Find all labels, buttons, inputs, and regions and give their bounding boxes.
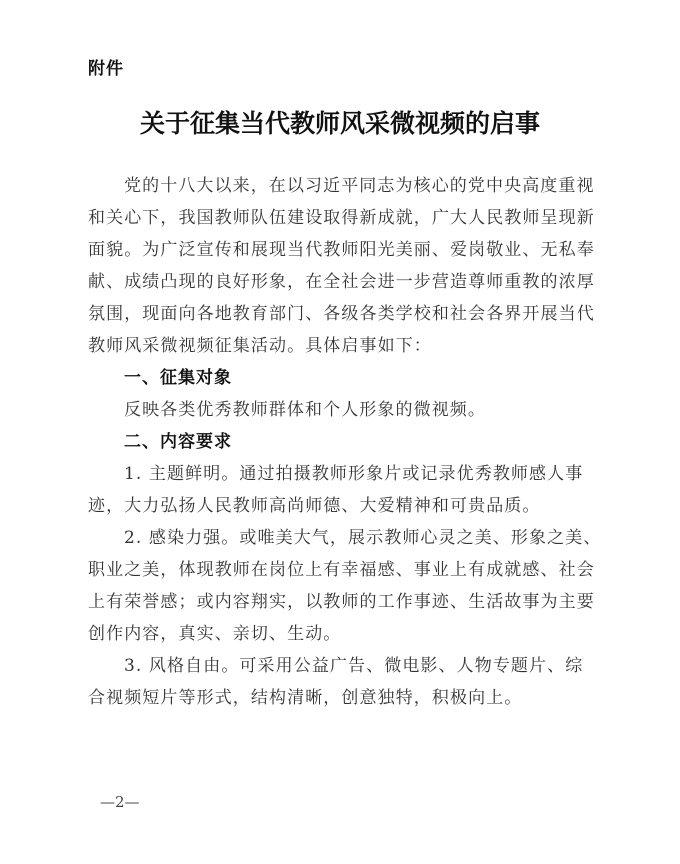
list-item-line: 创作内容，真实、亲切、生动。 [88,618,600,650]
attachment-label: 附件 [88,54,124,79]
list-item-line: 2. 感染力强。或唯美大气，展示教师心灵之美、形象之美、 [88,522,600,554]
section-heading: 二、内容要求 [88,426,600,458]
paragraph-line: 献、成绩凸现的良好形象，在全社会进一步营造尊师重教的浓厚 [88,266,600,298]
section-heading: 一、征集对象 [88,362,600,394]
list-item-line: 职业之美，体现教师在岗位上有幸福感、事业上有成就感、社会 [88,554,600,586]
document-page: 附件 关于征集当代教师风采微视频的启事 党的十八大以来，在以习近平同志为核心的党… [0,0,680,864]
list-item-line: 上有荣誉感；或内容翔实，以教师的工作事迹、生活故事为主要 [88,586,600,618]
paragraph-line: 和关心下，我国教师队伍建设取得新成就，广大人民教师呈现新 [88,202,600,234]
list-item-line: 1. 主题鲜明。通过拍摄教师形象片或记录优秀教师感人事 [88,458,600,490]
paragraph-line: 反映各类优秀教师群体和个人形象的微视频。 [88,394,600,426]
paragraph-line: 面貌。为广泛宣传和展现当代教师阳光美丽、爱岗敬业、无私奉 [88,234,600,266]
document-title: 关于征集当代教师风采微视频的启事 [0,104,680,140]
list-item-line: 合视频短片等形式，结构清晰，创意独特，积极向上。 [88,682,600,714]
list-item-line: 迹，大力弘扬人民教师高尚师德、大爱精神和可贵品质。 [88,490,600,522]
paragraph-line: 党的十八大以来，在以习近平同志为核心的党中央高度重视 [88,170,600,202]
document-body: 党的十八大以来，在以习近平同志为核心的党中央高度重视 和关心下，我国教师队伍建设… [88,170,600,714]
page-number: —2— [100,793,140,811]
list-item-line: 3. 风格自由。可采用公益广告、微电影、人物专题片、综 [88,650,600,682]
paragraph-line: 氛围，现面向各地教育部门、各级各类学校和社会各界开展当代 [88,298,600,330]
paragraph-line: 教师风采微视频征集活动。具体启事如下： [88,330,600,362]
